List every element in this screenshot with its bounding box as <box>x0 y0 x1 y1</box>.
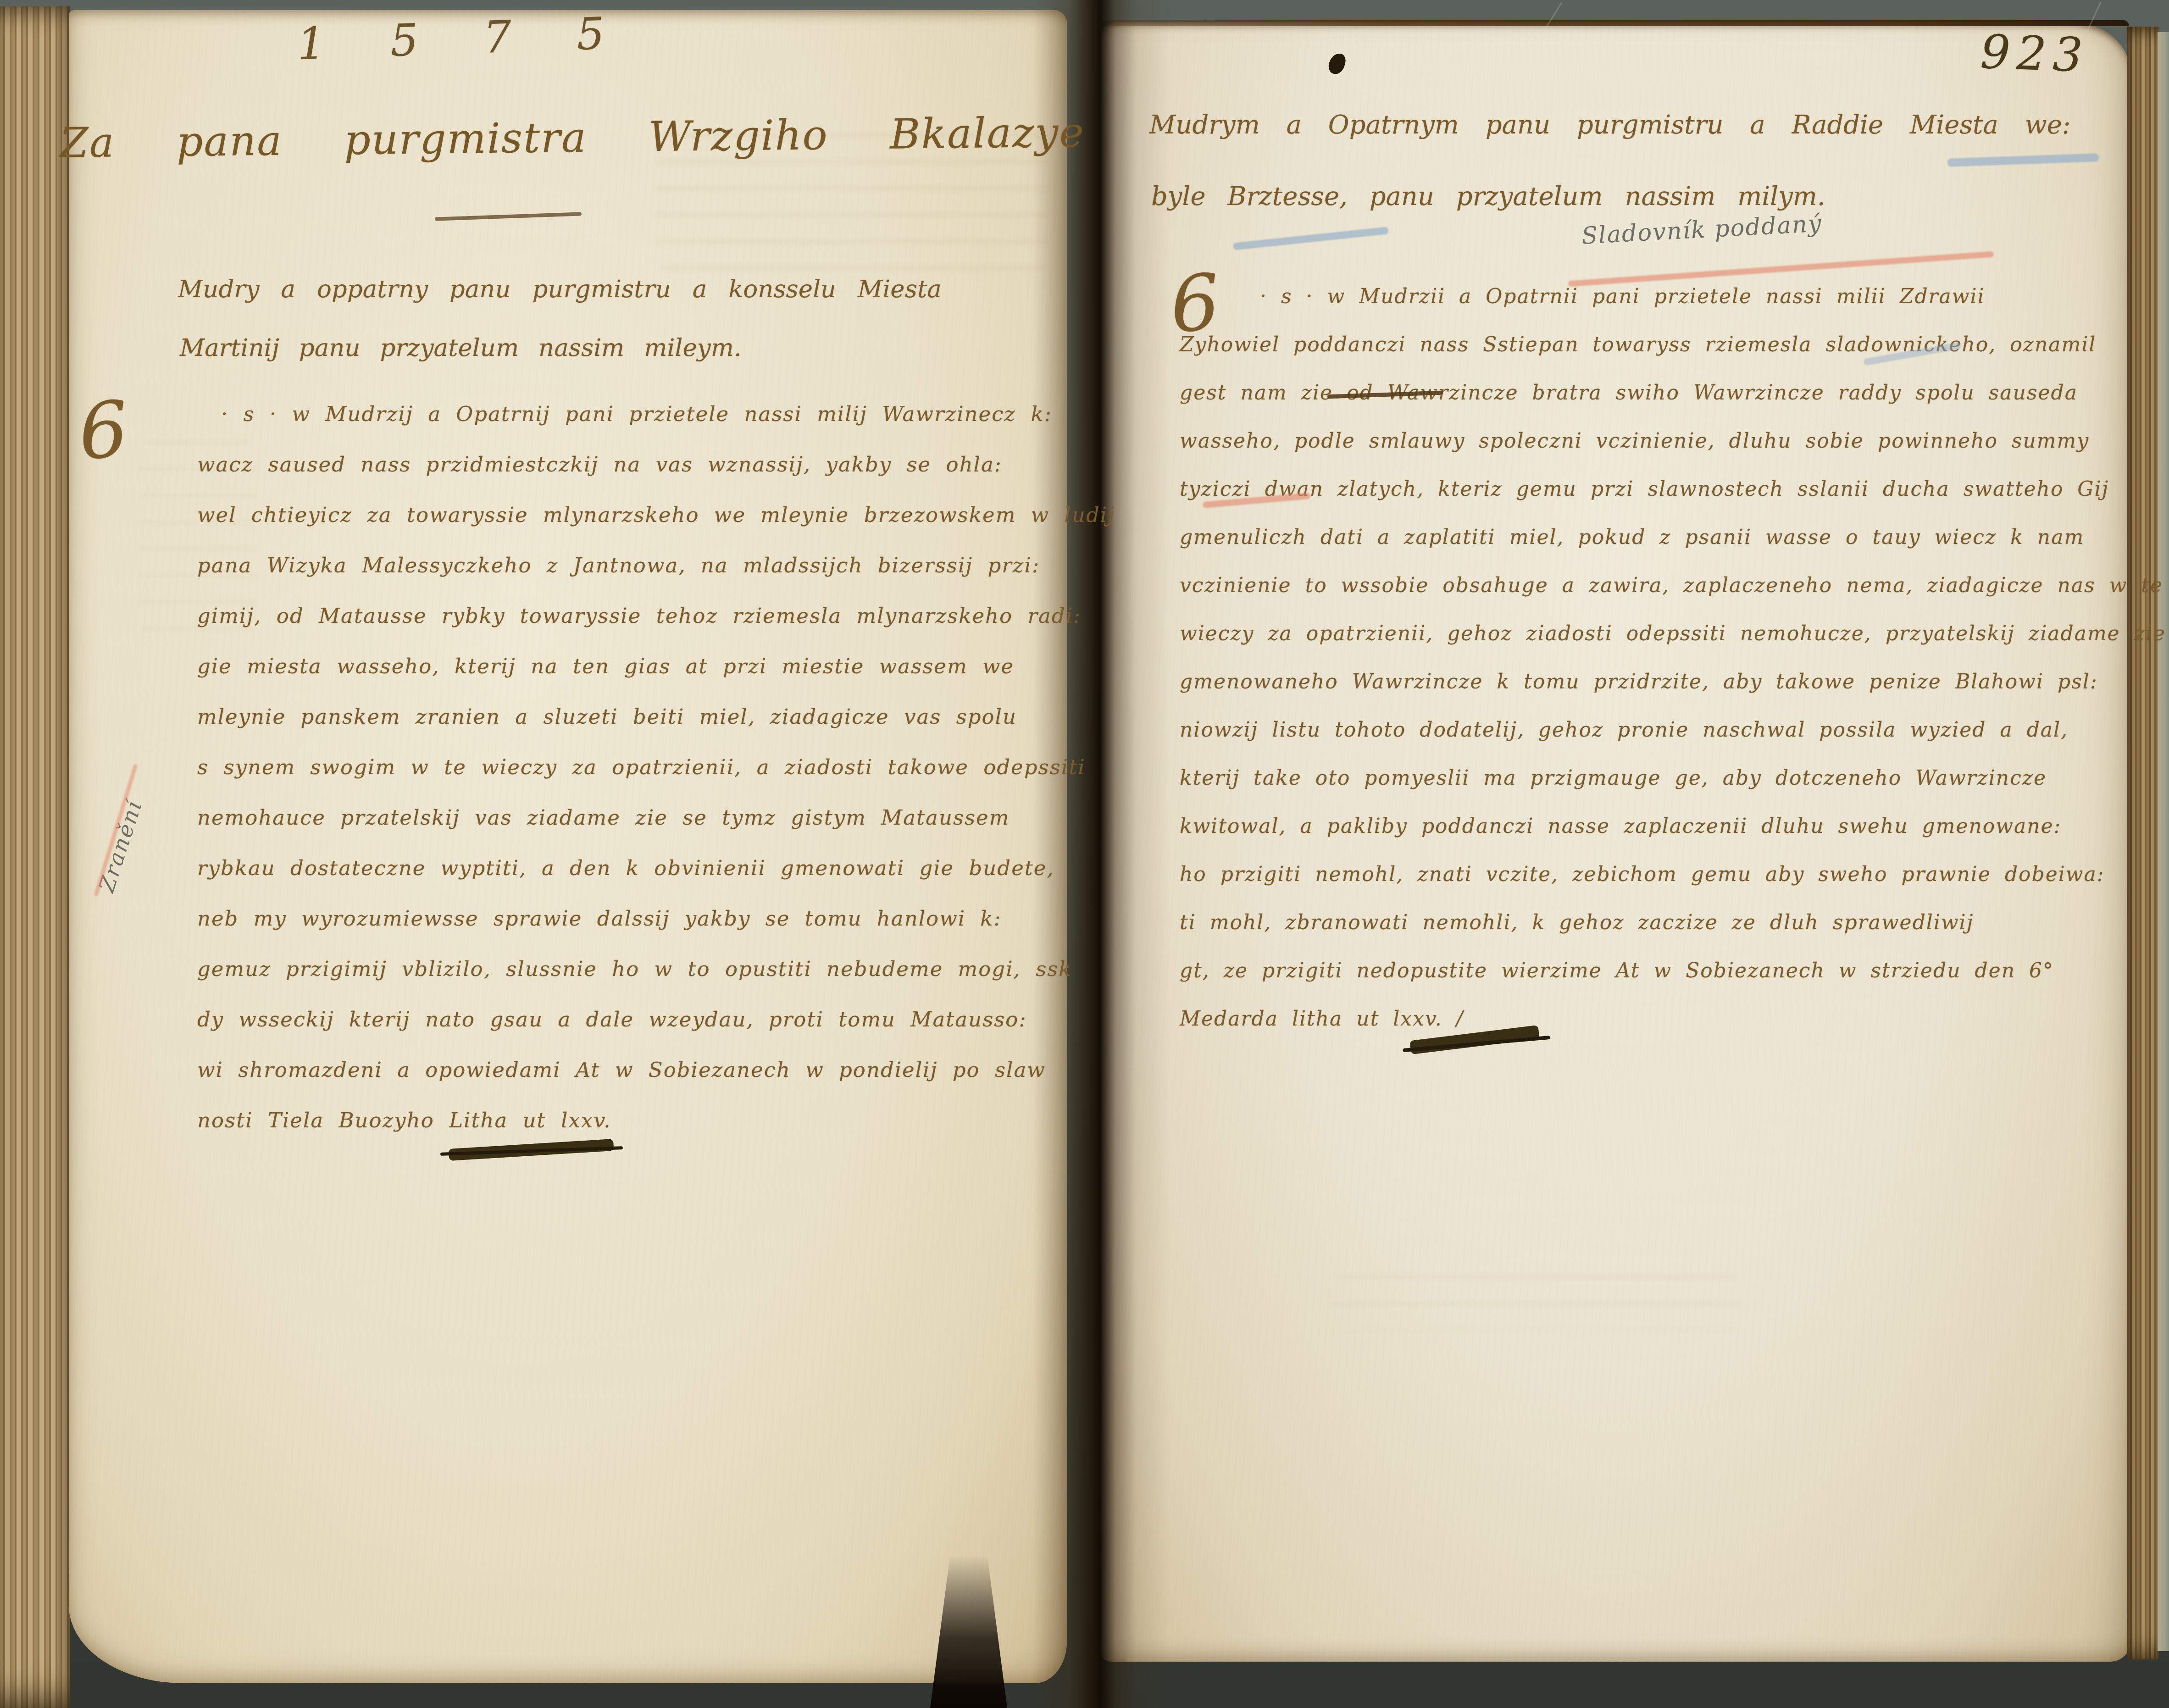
manuscript-line: Zyhowiel poddanczi nass Sstiepan towarys… <box>1180 321 2129 369</box>
left-salutation-line: Mudry a oppatrny panu purgmistru a konss… <box>178 275 942 303</box>
left-body-paragraph: · s · w Mudrzij a Opatrnij pani przietel… <box>197 389 1071 1146</box>
manuscript-line: wasseho, podle smlauwy spoleczni vczinie… <box>1180 417 2129 465</box>
manuscript-line: gt, ze przigiti nedopustite wierzime At … <box>1180 947 2129 995</box>
manuscript-line: kwitowal, a pakliby poddanczi nasse zapl… <box>1180 802 2129 850</box>
manuscript-line: ti mohl, zbranowati nemohli, k gehoz zac… <box>1180 898 2129 947</box>
manuscript-line: tyziczi dwan zlatych, kteriz gemu przi s… <box>1180 465 2129 513</box>
manuscript-line: gie miesta wasseho, kterij na ten gias a… <box>197 641 1071 692</box>
right-salutation-line: Mudrym a Opatrnym panu purgmistru a Radd… <box>1149 110 2071 140</box>
manuscript-line: kterij take oto pomyeslii ma przigmauge … <box>1180 754 2129 802</box>
manuscript-line: wel chtieyicz za towaryssie mlynarzskeho… <box>197 490 1071 540</box>
right-page-stack-edge <box>2127 27 2158 1659</box>
right-body-paragraph: · s · w Mudrzii a Opatrnii pani przietel… <box>1180 272 2129 1043</box>
manuscript-line: nosti Tiela Buozyho Litha ut lxxv. <box>197 1095 1071 1146</box>
manuscript-line: nemohauce przatelskij vas ziadame zie se… <box>197 793 1071 843</box>
manuscript-line: · s · w Mudrzij a Opatrnij pani przietel… <box>197 389 1071 439</box>
right-salutation-line: byle Brztesse, panu przyatelum nassim mi… <box>1151 182 1825 211</box>
manuscript-line: Medarda litha ut lxxv. / <box>1180 995 2129 1043</box>
fore-edge-highlight <box>2158 32 2169 1651</box>
left-page-stack-edge <box>0 6 70 1708</box>
manuscript-line: ho przigiti nemohl, znati vczite, zebich… <box>1180 850 2129 898</box>
manuscript-line: gimij, od Matausse rybky towaryssie teho… <box>197 591 1071 641</box>
left-salutation-line: Martinij panu przyatelum nassim mileym. <box>180 334 742 362</box>
manuscript-line: · s · w Mudrzii a Opatrnii pani przietel… <box>1180 272 2129 321</box>
manuscript-line: vczinienie to wssobie obsahuge a zawira,… <box>1180 561 2129 610</box>
manuscript-line: s synem swogim w te wieczy za opatrzieni… <box>197 742 1071 793</box>
manuscript-line: dy wsseckij kterij nato gsau a dale wzey… <box>197 994 1071 1045</box>
manuscript-line: wi shromazdeni a opowiedami At w Sobieza… <box>197 1045 1071 1095</box>
manuscript-line: pana Wizyka Malessyczkeho z Jantnowa, na… <box>197 540 1071 591</box>
manuscript-line: gest nam zie od Wawrzincze bratra swiho … <box>1180 369 2129 417</box>
manuscript-line: mleynie panskem zranien a sluzeti beiti … <box>197 692 1071 742</box>
manuscript-line: neb my wyrozumiewsse sprawie dalssij yak… <box>197 893 1071 944</box>
manuscript-photo: { "colors": { "background": "#59615a", "… <box>0 0 2169 1708</box>
manuscript-line: niowzij listu tohoto dodatelij, gehoz pr… <box>1180 706 2129 754</box>
right-page-burnt-top-edge <box>1102 20 2129 26</box>
manuscript-line: gmenowaneho Wawrzincze k tomu przidrzite… <box>1180 658 2129 706</box>
page-number: 923 <box>1980 25 2090 83</box>
manuscript-line: wieczy za opatrzienii, gehoz ziadosti od… <box>1180 610 2129 658</box>
left-paragraph-initial: 6 <box>76 390 130 471</box>
manuscript-line: wacz saused nass przidmiestczkij na vas … <box>197 439 1071 490</box>
manuscript-line: gmenuliczh dati a zaplatiti miel, pokud … <box>1180 513 2129 561</box>
manuscript-line: gemuz przigimij vblizilo, slussnie ho w … <box>197 944 1071 994</box>
manuscript-line: rybkau dostateczne wyptiti, a den k obvi… <box>197 843 1071 893</box>
